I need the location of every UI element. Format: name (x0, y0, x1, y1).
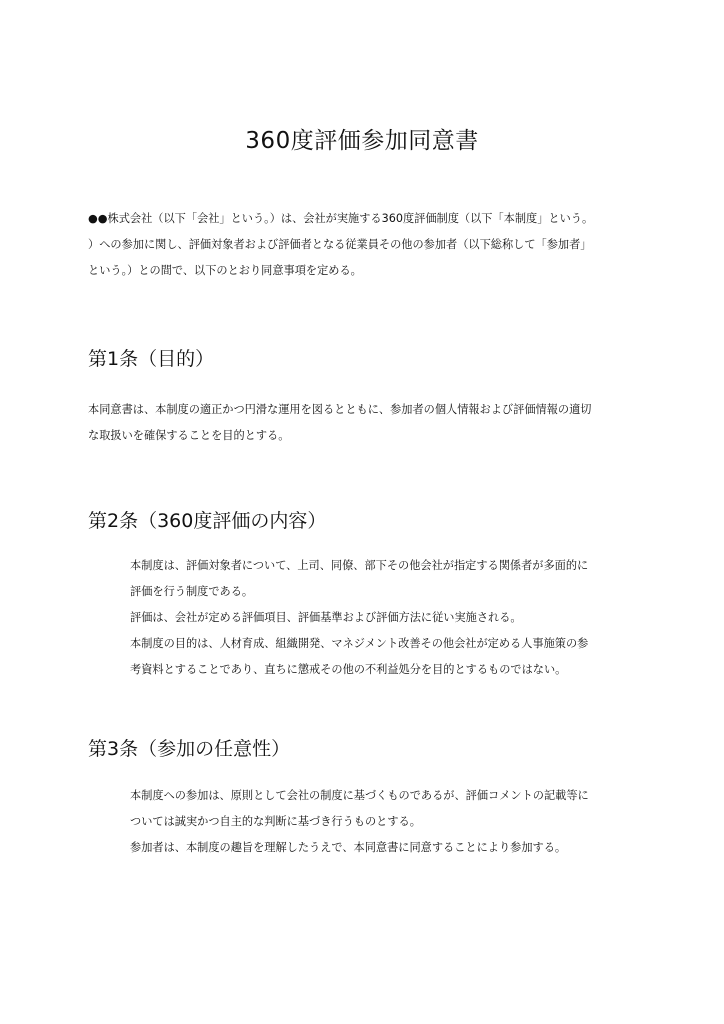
article-line: 考資料とすることであり、直ちに懲戒その他の不利益処分を目的とするものではない。 (130, 657, 588, 683)
article-3-heading: 第3条（参加の任意性） (88, 735, 290, 763)
article-line: 参加者は、本制度の趣旨を理解したうえで、本同意書に同意することにより参加する。 (130, 835, 589, 861)
article-1-heading: 第1条（目的） (88, 345, 214, 373)
article-1-body: 本同意書は、本制度の適正かつ円滑な運用を図るとともに、参加者の個人情報および評価… (88, 397, 591, 449)
article-line: 評価を行う制度である。 (130, 579, 588, 605)
article-line: 本制度の目的は、人材育成、組織開発、マネジメント改善その他会社が定める人事施策の… (130, 631, 588, 657)
document-page: 360度評価参加同意書 ●●株式会社（以下「会社」という。）は、会社が実施する3… (0, 0, 724, 1024)
article-line: 評価は、会社が定める評価項目、評価基準および評価方法に従い実施される。 (130, 605, 588, 631)
preamble-line: ●●株式会社（以下「会社」という。）は、会社が実施する360度評価制度（以下「本… (88, 206, 648, 232)
article-line: 本同意書は、本制度の適正かつ円滑な運用を図るとともに、参加者の個人情報および評価… (88, 397, 591, 423)
article-3-body: 本制度への参加は、原則として会社の制度に基づくものであるが、評価コメントの記載等… (130, 783, 589, 861)
preamble-paragraph: ●●株式会社（以下「会社」という。）は、会社が実施する360度評価制度（以下「本… (88, 206, 648, 284)
article-line: 本制度への参加は、原則として会社の制度に基づくものであるが、評価コメントの記載等… (130, 783, 589, 809)
article-line: ついては誠実かつ自主的な判断に基づき行うものとする。 (130, 809, 589, 835)
article-2-body: 本制度は、評価対象者について、上司、同僚、部下その他会社が指定する関係者が多面的… (130, 553, 588, 683)
article-line: な取扱いを確保することを目的とする。 (88, 423, 591, 449)
preamble-line: という。）との間で、以下のとおり同意事項を定める。 (88, 258, 648, 284)
article-line: 本制度は、評価対象者について、上司、同僚、部下その他会社が指定する関係者が多面的… (130, 553, 588, 579)
document-title: 360度評価参加同意書 (0, 124, 724, 158)
article-2-heading: 第2条（360度評価の内容） (88, 507, 326, 535)
preamble-line: ）への参加に関し、評価対象者および評価者となる従業員その他の参加者（以下総称して… (88, 232, 648, 258)
